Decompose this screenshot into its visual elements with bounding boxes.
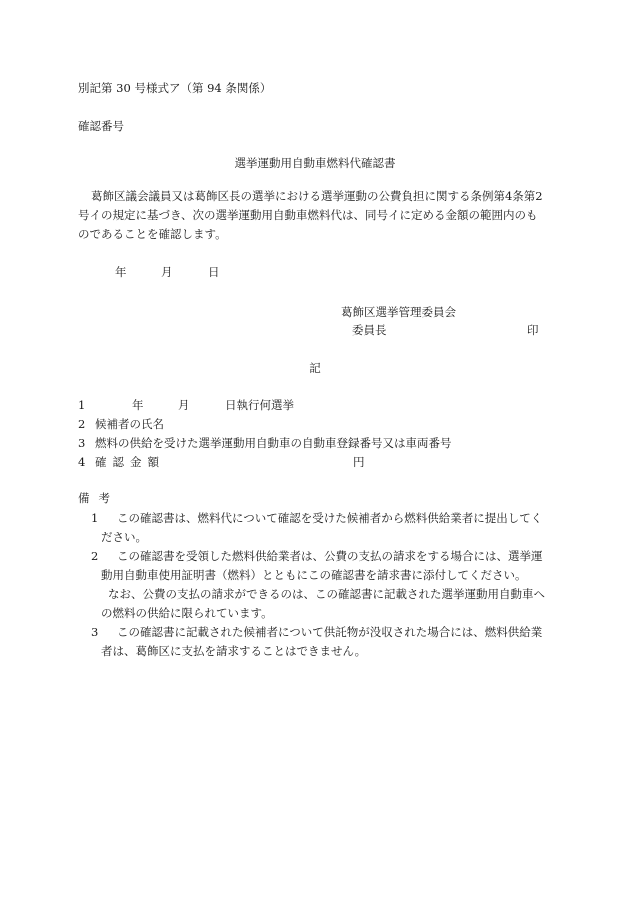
date-day-label: 日 [208,265,220,279]
body-line: 号イの規定に基づき、次の選挙運動用自動車燃料代は、同号イに定める金額の範囲内のも [78,208,538,222]
remark-line: この確認書に記載された候補者について供託物が没収された場合には、燃料供給業 [117,625,542,639]
item-number: 1 [78,398,95,412]
body-line: 葛飾区議会議員又は葛飾区長の選挙における選挙運動の公費負担に関する条例第4条第2 [91,189,543,203]
item-1: 1 [78,398,95,412]
issuer-chairman: 委員長 [352,323,387,337]
item-number: 3 [78,436,95,450]
item-1-month-label: 月 [178,398,190,412]
date-year-label: 年 [115,265,127,279]
date-month-label: 月 [161,265,173,279]
body-line: のであることを確認します。 [78,227,227,241]
remark-line: この確認書は、燃料代について確認を受けた候補者から燃料供給業者に提出してく [117,511,542,525]
item-text: 確認金額 [95,455,165,469]
remark-number: 3 [91,625,98,639]
document-title: 選挙運動用自動車燃料代確認書 [0,156,630,170]
item-1-text: 日執行何選挙 [225,398,294,412]
form-id: 別記第 30 号様式ア（第 94 条関係） [78,81,271,95]
remarks-heading: 備考 [78,491,119,505]
remark-line: 動用自動車使用証明書（燃料）とともにこの確認書を請求書に添付してください。 [101,568,527,582]
confirmation-number-label: 確認番号 [78,119,124,133]
item-4: 4確認金額 [78,455,165,469]
remark-line: ださい。 [101,530,147,544]
item-number: 4 [78,455,95,469]
item-text: 候補者の氏名 [95,417,164,431]
seal-mark: 印 [527,323,539,337]
remark-line: の燃料の供給に限られています。 [101,606,273,620]
item-3: 3燃料の供給を受けた選挙運動用自動車の自動車登録番号又は車両番号 [78,436,452,450]
item-2: 2候補者の氏名 [78,417,164,431]
remark-line: 者は、葛飾区に支払を請求することはできません。 [101,644,366,658]
remark-line: なお、公費の支払の請求ができるのは、この確認書に記載された選挙運動用自動車へ [108,587,545,601]
ki-heading: 記 [0,361,630,375]
yen-unit: 円 [353,455,365,469]
remark-number: 2 [91,549,98,563]
remark-number: 1 [91,511,98,525]
remark-line: この確認書を受領した燃料供給業者は、公費の支払の請求をする場合には、選挙運 [117,549,543,563]
item-1-year-label: 年 [132,398,144,412]
item-text: 燃料の供給を受けた選挙運動用自動車の自動車登録番号又は車両番号 [95,436,452,450]
item-number: 2 [78,417,95,431]
issuer-committee: 葛飾区選挙管理委員会 [341,305,456,319]
